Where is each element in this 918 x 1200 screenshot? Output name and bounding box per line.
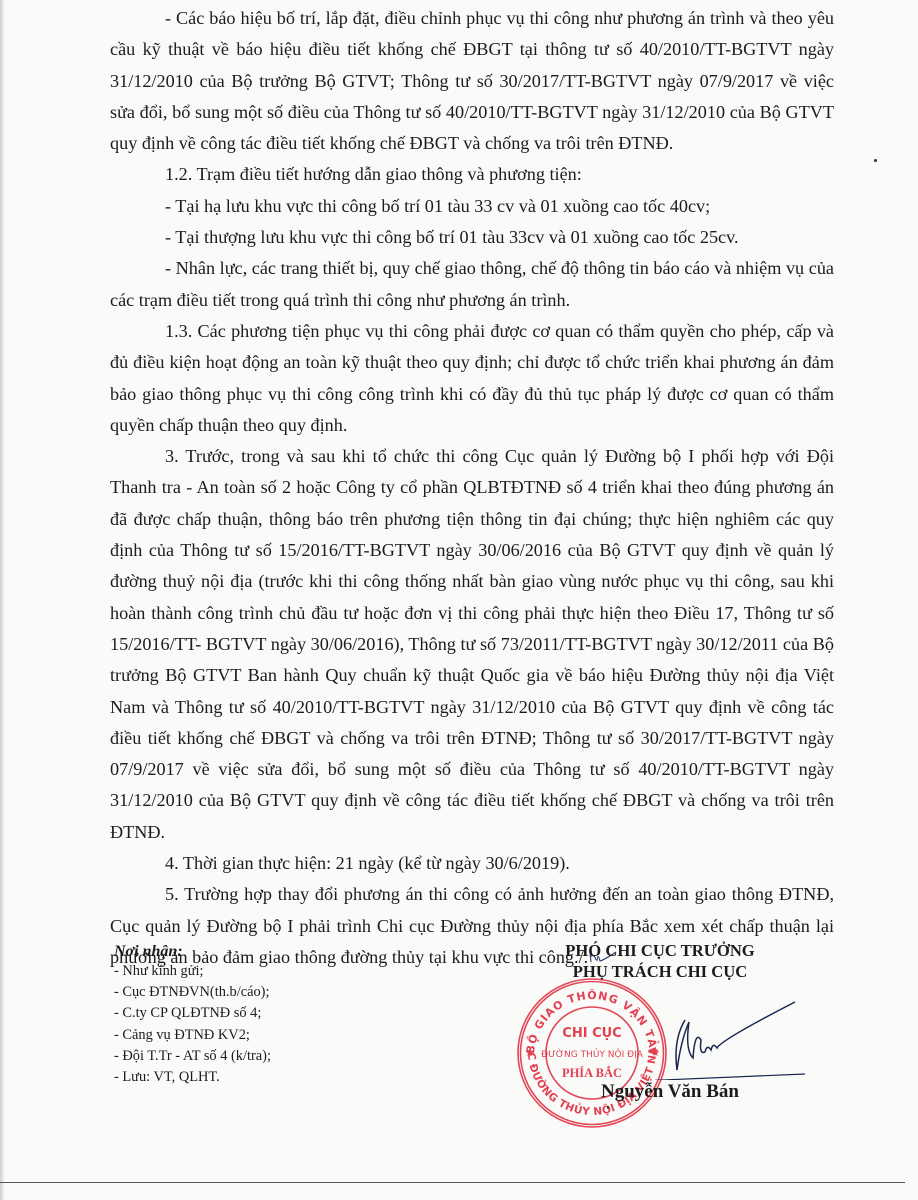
recipients-block: Nơi nhận: - Như kính gửi; - Cục ĐTNĐVN(t… — [114, 943, 434, 1088]
scan-edge — [0, 0, 4, 1200]
recipient-item: - Cảng vụ ĐTNĐ KV2; — [114, 1025, 434, 1046]
paragraph-downstream: - Tại hạ lưu khu vực thi công bố trí 01 … — [110, 191, 834, 222]
page-bottom-edge — [0, 1182, 905, 1183]
stamp-center-line3: PHÍA BẮC — [562, 1065, 622, 1080]
paragraph-signals: - Các báo hiệu bố trí, lắp đặt, điều chỉ… — [110, 3, 834, 159]
signatory-title-line1: PHÓ CHI CỤC TRƯỞNG — [540, 940, 780, 961]
paragraph-1-2-heading: 1.2. Trạm điều tiết hướng dẫn giao thông… — [110, 159, 834, 190]
recipient-item: - Như kính gửi; — [114, 961, 434, 982]
recipient-item: - Cục ĐTNĐVN(th.b/cáo); — [114, 982, 434, 1003]
paragraph-staff: - Nhân lực, các trang thiết bị, quy chế … — [110, 253, 834, 316]
scan-speck — [607, 1106, 609, 1109]
svg-text:★: ★ — [525, 1048, 534, 1059]
recipients-heading: Nơi nhận: — [114, 943, 434, 961]
official-stamp-icon: BỘ GIAO THÔNG VẬN TẢI CỤC ĐƯỜNG THỦY NỘI… — [512, 973, 672, 1133]
signer-name: Nguyễn Văn Bán — [580, 1081, 760, 1103]
paragraph-1-3: 1.3. Các phương tiện phục vụ thi công ph… — [110, 316, 834, 441]
recipient-item: - Đội T.Tr - AT số 4 (k/tra); — [114, 1046, 434, 1067]
document-body: - Các báo hiệu bố trí, lắp đặt, điều chỉ… — [110, 3, 834, 973]
recipient-item: - C.ty CP QLĐTNĐ số 4; — [114, 1003, 434, 1024]
document-page: - Các báo hiệu bố trí, lắp đặt, điều chỉ… — [0, 0, 918, 1200]
scan-speck — [874, 159, 877, 162]
paragraph-3: 3. Trước, trong và sau khi tổ chức thi c… — [110, 441, 834, 848]
stamp-center-line2: ĐƯỜNG THỦY NỘI ĐỊA — [541, 1048, 644, 1060]
recipients-list: - Như kính gửi; - Cục ĐTNĐVN(th.b/cáo); … — [114, 961, 434, 1088]
paragraph-upstream: - Tại thượng lưu khu vực thi công bố trí… — [110, 222, 834, 253]
recipient-item: - Lưu: VT, QLHT. — [114, 1067, 434, 1088]
stamp-center-line1: CHI CỤC — [562, 1026, 621, 1041]
signature-icon — [655, 1000, 805, 1080]
paragraph-4: 4. Thời gian thực hiện: 21 ngày (kể từ n… — [110, 848, 834, 879]
